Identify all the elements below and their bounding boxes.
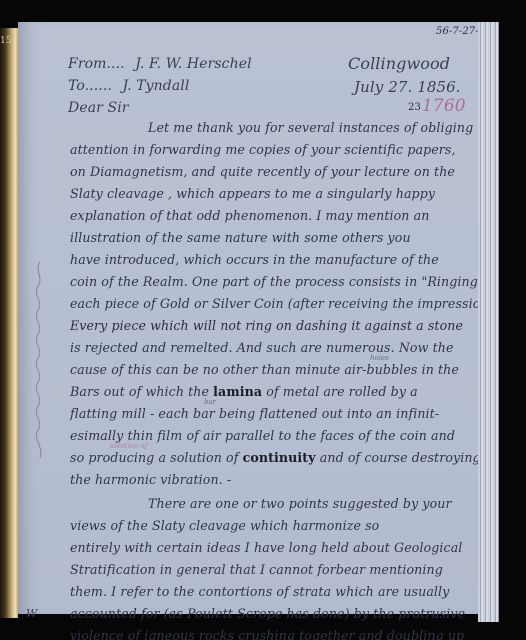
- body-line: attention in forwarding me copies of you…: [70, 142, 456, 157]
- interlinear-insertion: holes: [370, 354, 389, 362]
- body-line: have introduced, which occurs in the man…: [70, 252, 439, 267]
- to-label: To......: [68, 78, 112, 94]
- spine-mark: 15: [0, 36, 14, 50]
- body-line: esimally thin film of air parallel to th…: [70, 428, 455, 443]
- body-line: on Diamagnetism, and quite recently of y…: [70, 164, 455, 179]
- to-name: J. Tyndall: [123, 78, 190, 94]
- body-line: them. I refer to the contortions of stra…: [70, 584, 449, 599]
- body-line: views of the Slaty cleavage which harmon…: [70, 518, 379, 533]
- body-line: cause of this can be no other than minut…: [70, 362, 459, 377]
- folio-number-pink: 1760: [422, 96, 466, 116]
- body-line: the harmonic vibration. -: [70, 472, 231, 487]
- from-label: From....: [68, 56, 125, 72]
- margin-bracket-icon: [34, 262, 44, 458]
- to-line: To...... J. Tyndall: [68, 78, 189, 94]
- body-line: illustration of the same nature with som…: [70, 230, 411, 245]
- body-line: flatting mill - each bar being flattened…: [70, 406, 439, 421]
- body-line-text: and of course destroying: [316, 450, 481, 465]
- date: July 27. 1856.: [354, 78, 461, 96]
- body-line: so producing a solution of continuity an…: [70, 450, 481, 465]
- from-name: J. F. W. Herschel: [135, 56, 251, 72]
- book-spine-edge: [0, 28, 18, 618]
- body-line: Stratification in general that I cannot …: [70, 562, 443, 577]
- body-line: is rejected and remelted. And such are n…: [70, 340, 454, 355]
- salutation: Dear Sir: [68, 100, 129, 116]
- body-line: There are one or two points suggested by…: [148, 496, 452, 511]
- page-stack-edge: [478, 22, 499, 622]
- body-line: violence of igneous rocks crushing toget…: [70, 628, 464, 640]
- body-line-text: so producing a solution of: [70, 450, 243, 465]
- body-line: entirely with certain ideas I have long …: [70, 540, 462, 555]
- body-line: Every piece which will not ring on dashi…: [70, 318, 463, 333]
- body-line: Let me thank you for several instances o…: [148, 120, 473, 135]
- letter-page: 56-7-27-1 From.... J. F. W. Herschel To.…: [18, 22, 480, 614]
- body-line: each piece of Gold or Silver Coin (after…: [70, 296, 494, 311]
- body-line: explanation of that odd phenomenon. I ma…: [70, 208, 429, 223]
- emphasized-word: lamina: [213, 384, 262, 399]
- from-line: From.... J. F. W. Herschel: [68, 56, 252, 72]
- folio-number-small: 23: [408, 102, 421, 113]
- emphasized-word: continuity: [243, 450, 316, 465]
- body-line-text: of metal are rolled by a: [262, 384, 418, 399]
- body-line: coin of the Realm. One part of the proce…: [70, 274, 484, 289]
- body-line: accounted for (as Poulett Scrope has don…: [70, 606, 465, 621]
- place: Collingwood: [348, 54, 450, 73]
- scan-frame: 15 56-7-27-1 From.... J. F. W. Herschel …: [0, 0, 526, 640]
- body-line: Bars out of which the lamina of metal ar…: [70, 384, 418, 399]
- interlinear-insertion: solution of: [110, 442, 147, 450]
- body-line-text: Bars out of which the: [70, 384, 213, 399]
- margin-note: W: [26, 607, 37, 620]
- interlinear-insertion: bar: [204, 398, 216, 406]
- body-line: Slaty cleavage , which appears to me a s…: [70, 186, 435, 201]
